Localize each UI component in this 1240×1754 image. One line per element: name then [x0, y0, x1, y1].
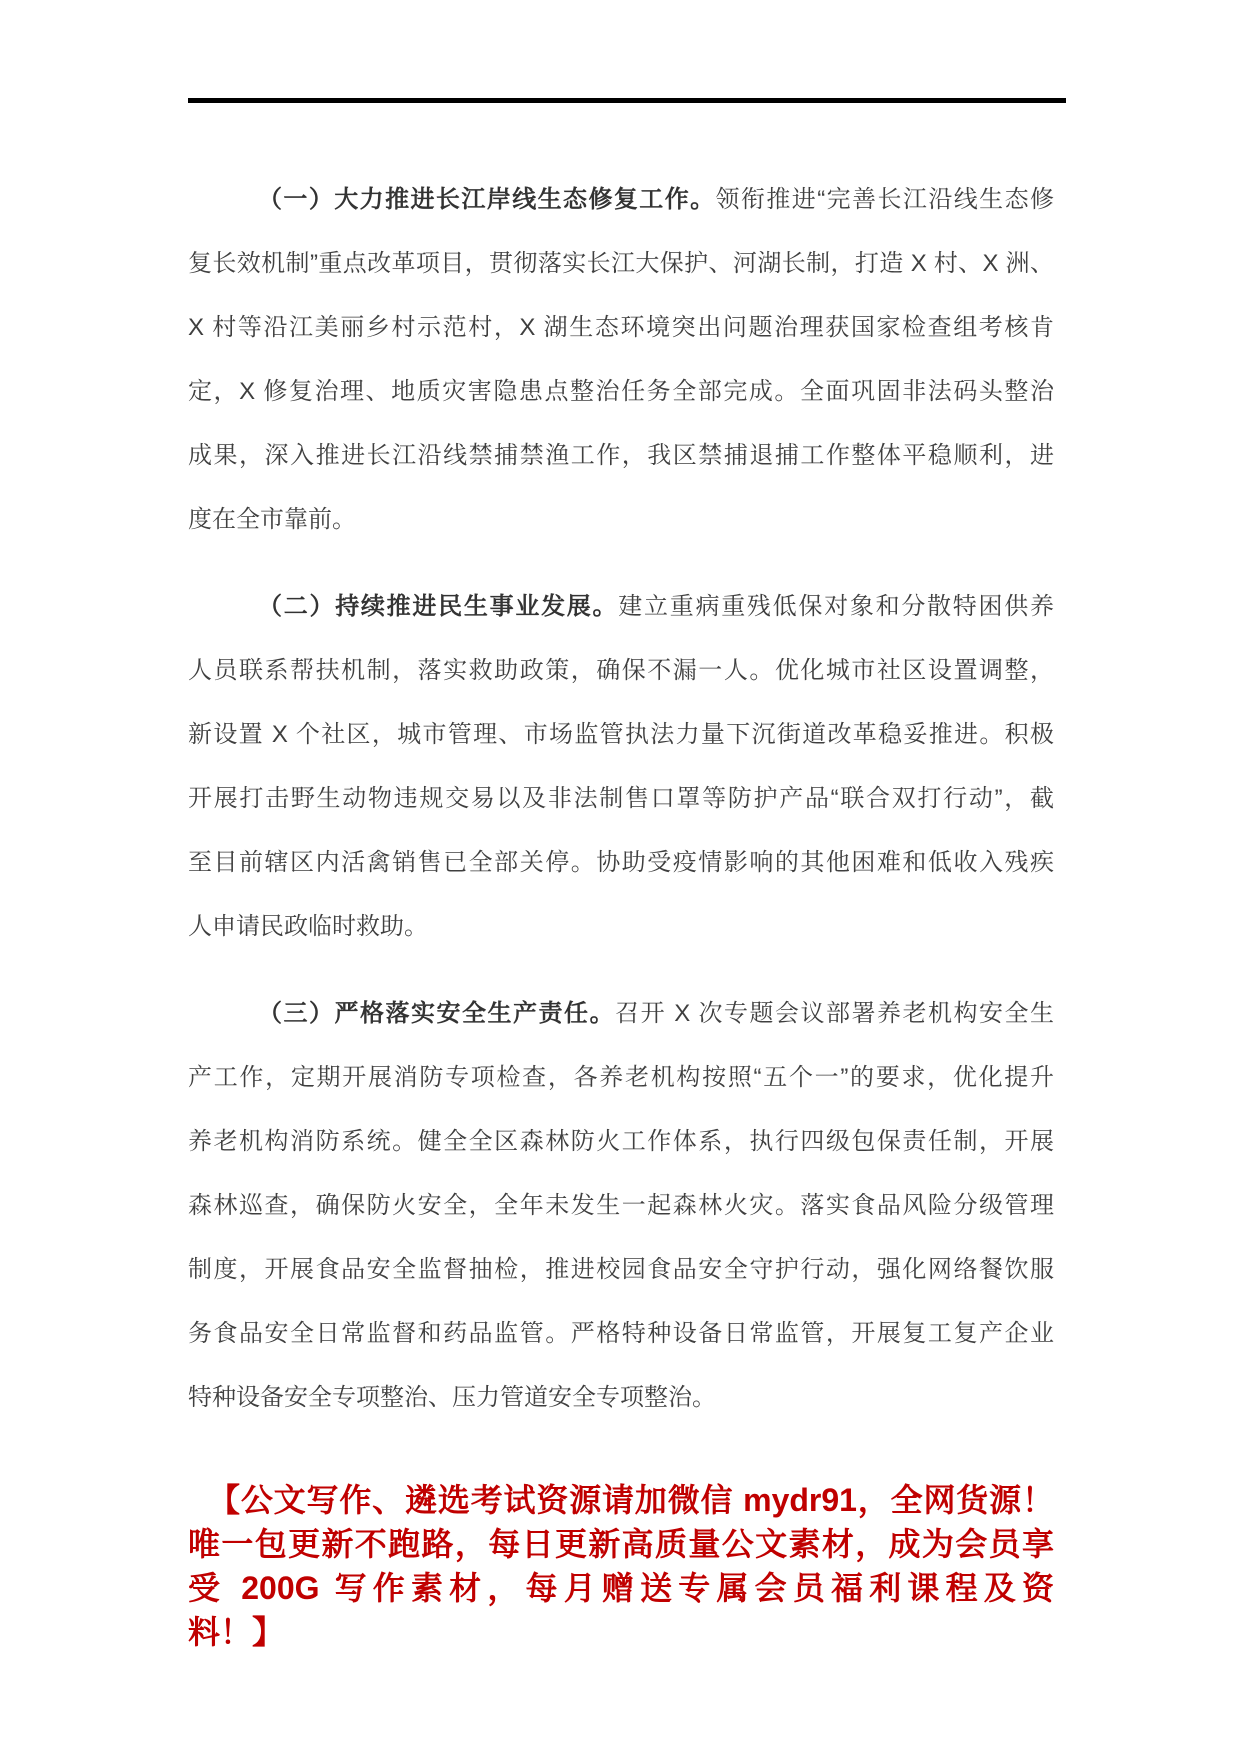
paragraph-heading: （二）持续推进民生事业发展。	[258, 593, 618, 620]
promo-block: 【公文写作、遴选考试资源请加微信 mydr91，全网货源！唯一包更新不跑路，每日…	[188, 1478, 1054, 1654]
paragraph-first-line: （二）持续推进民生事业发展。建立重病重残低保对象和分散特困供养	[188, 575, 1054, 639]
paragraph-line: 人员联系帮扶机制，落实救助政策，确保不漏一人。优化城市社区设置调整，	[188, 639, 1054, 703]
paragraph-line: 新设置 X 个社区，城市管理、市场监管执法力量下沉街道改革稳妥推进。积极	[188, 703, 1054, 767]
paragraph: （一）大力推进长江岸线生态修复工作。领衔推进“完善长江沿线生态修复长效机制”重点…	[188, 168, 1054, 552]
paragraph-line: 至目前辖区内活禽销售已全部关停。协助受疫情影响的其他困难和低收入残疾	[188, 831, 1054, 895]
paragraph: （二）持续推进民生事业发展。建立重病重残低保对象和分散特困供养人员联系帮扶机制，…	[188, 575, 1054, 959]
paragraph-text: 领衔推进“完善长江沿线生态修	[716, 186, 1054, 213]
paragraph-text: 召开 X 次专题会议部署养老机构安全生	[615, 1000, 1054, 1027]
paragraph-line: 开展打击野生动物违规交易以及非法制售口罩等防护产品“联合双打行动”，截	[188, 767, 1054, 831]
paragraph-last-line: 人申请民政临时救助。	[188, 895, 1054, 959]
paragraph-first-line: （一）大力推进长江岸线生态修复工作。领衔推进“完善长江沿线生态修	[188, 168, 1054, 232]
promo-line: 受 200G 写作素材，每月赠送专属会员福利课程及资	[188, 1566, 1054, 1610]
paragraph-line: 定，X 修复治理、地质灾害隐患点整治任务全部完成。全面巩固非法码头整治	[188, 360, 1054, 424]
paragraph-line: 成果，深入推进长江沿线禁捕禁渔工作，我区禁捕退捕工作整体平稳顺利，进	[188, 424, 1054, 488]
document-page: （一）大力推进长江岸线生态修复工作。领衔推进“完善长江沿线生态修复长效机制”重点…	[0, 0, 1240, 1754]
paragraph-line: 制度，开展食品安全监督抽检，推进校园食品安全守护行动，强化网络餐饮服	[188, 1238, 1054, 1302]
paragraph-last-line: 度在全市靠前。	[188, 488, 1054, 552]
paragraph-line: 森林巡查，确保防火安全，全年未发生一起森林火灾。落实食品风险分级管理	[188, 1174, 1054, 1238]
paragraph-text: 建立重病重残低保对象和分散特困供养	[618, 593, 1054, 620]
document-body: （一）大力推进长江岸线生态修复工作。领衔推进“完善长江沿线生态修复长效机制”重点…	[188, 168, 1054, 1430]
promo-last-line: 料！】	[188, 1610, 1054, 1654]
paragraph-line: 复长效机制”重点改革项目，贯彻落实长江大保护、河湖长制，打造 X 村、X 洲、	[188, 232, 1054, 296]
paragraph-last-line: 特种设备安全专项整治、压力管道安全专项整治。	[188, 1366, 1054, 1430]
paragraph-line: 产工作，定期开展消防专项检查，各养老机构按照“五个一”的要求，优化提升	[188, 1046, 1054, 1110]
paragraph-heading: （三）严格落实安全生产责任。	[258, 1000, 615, 1027]
paragraph-first-line: （三）严格落实安全生产责任。召开 X 次专题会议部署养老机构安全生	[188, 982, 1054, 1046]
paragraph-line: 养老机构消防系统。健全全区森林防火工作体系，执行四级包保责任制，开展	[188, 1110, 1054, 1174]
paragraph: （三）严格落实安全生产责任。召开 X 次专题会议部署养老机构安全生产工作，定期开…	[188, 982, 1054, 1430]
promo-line: 唯一包更新不跑路，每日更新高质量公文素材，成为会员享	[188, 1522, 1054, 1566]
paragraph-line: 务食品安全日常监督和药品监管。严格特种设备日常监管，开展复工复产企业	[188, 1302, 1054, 1366]
paragraph-heading: （一）大力推进长江岸线生态修复工作。	[258, 186, 716, 213]
promo-line: 【公文写作、遴选考试资源请加微信 mydr91，全网货源！	[188, 1478, 1054, 1522]
paragraph-line: X 村等沿江美丽乡村示范村，X 湖生态环境突出问题治理获国家检查组考核肯	[188, 296, 1054, 360]
header-rule	[188, 98, 1066, 103]
